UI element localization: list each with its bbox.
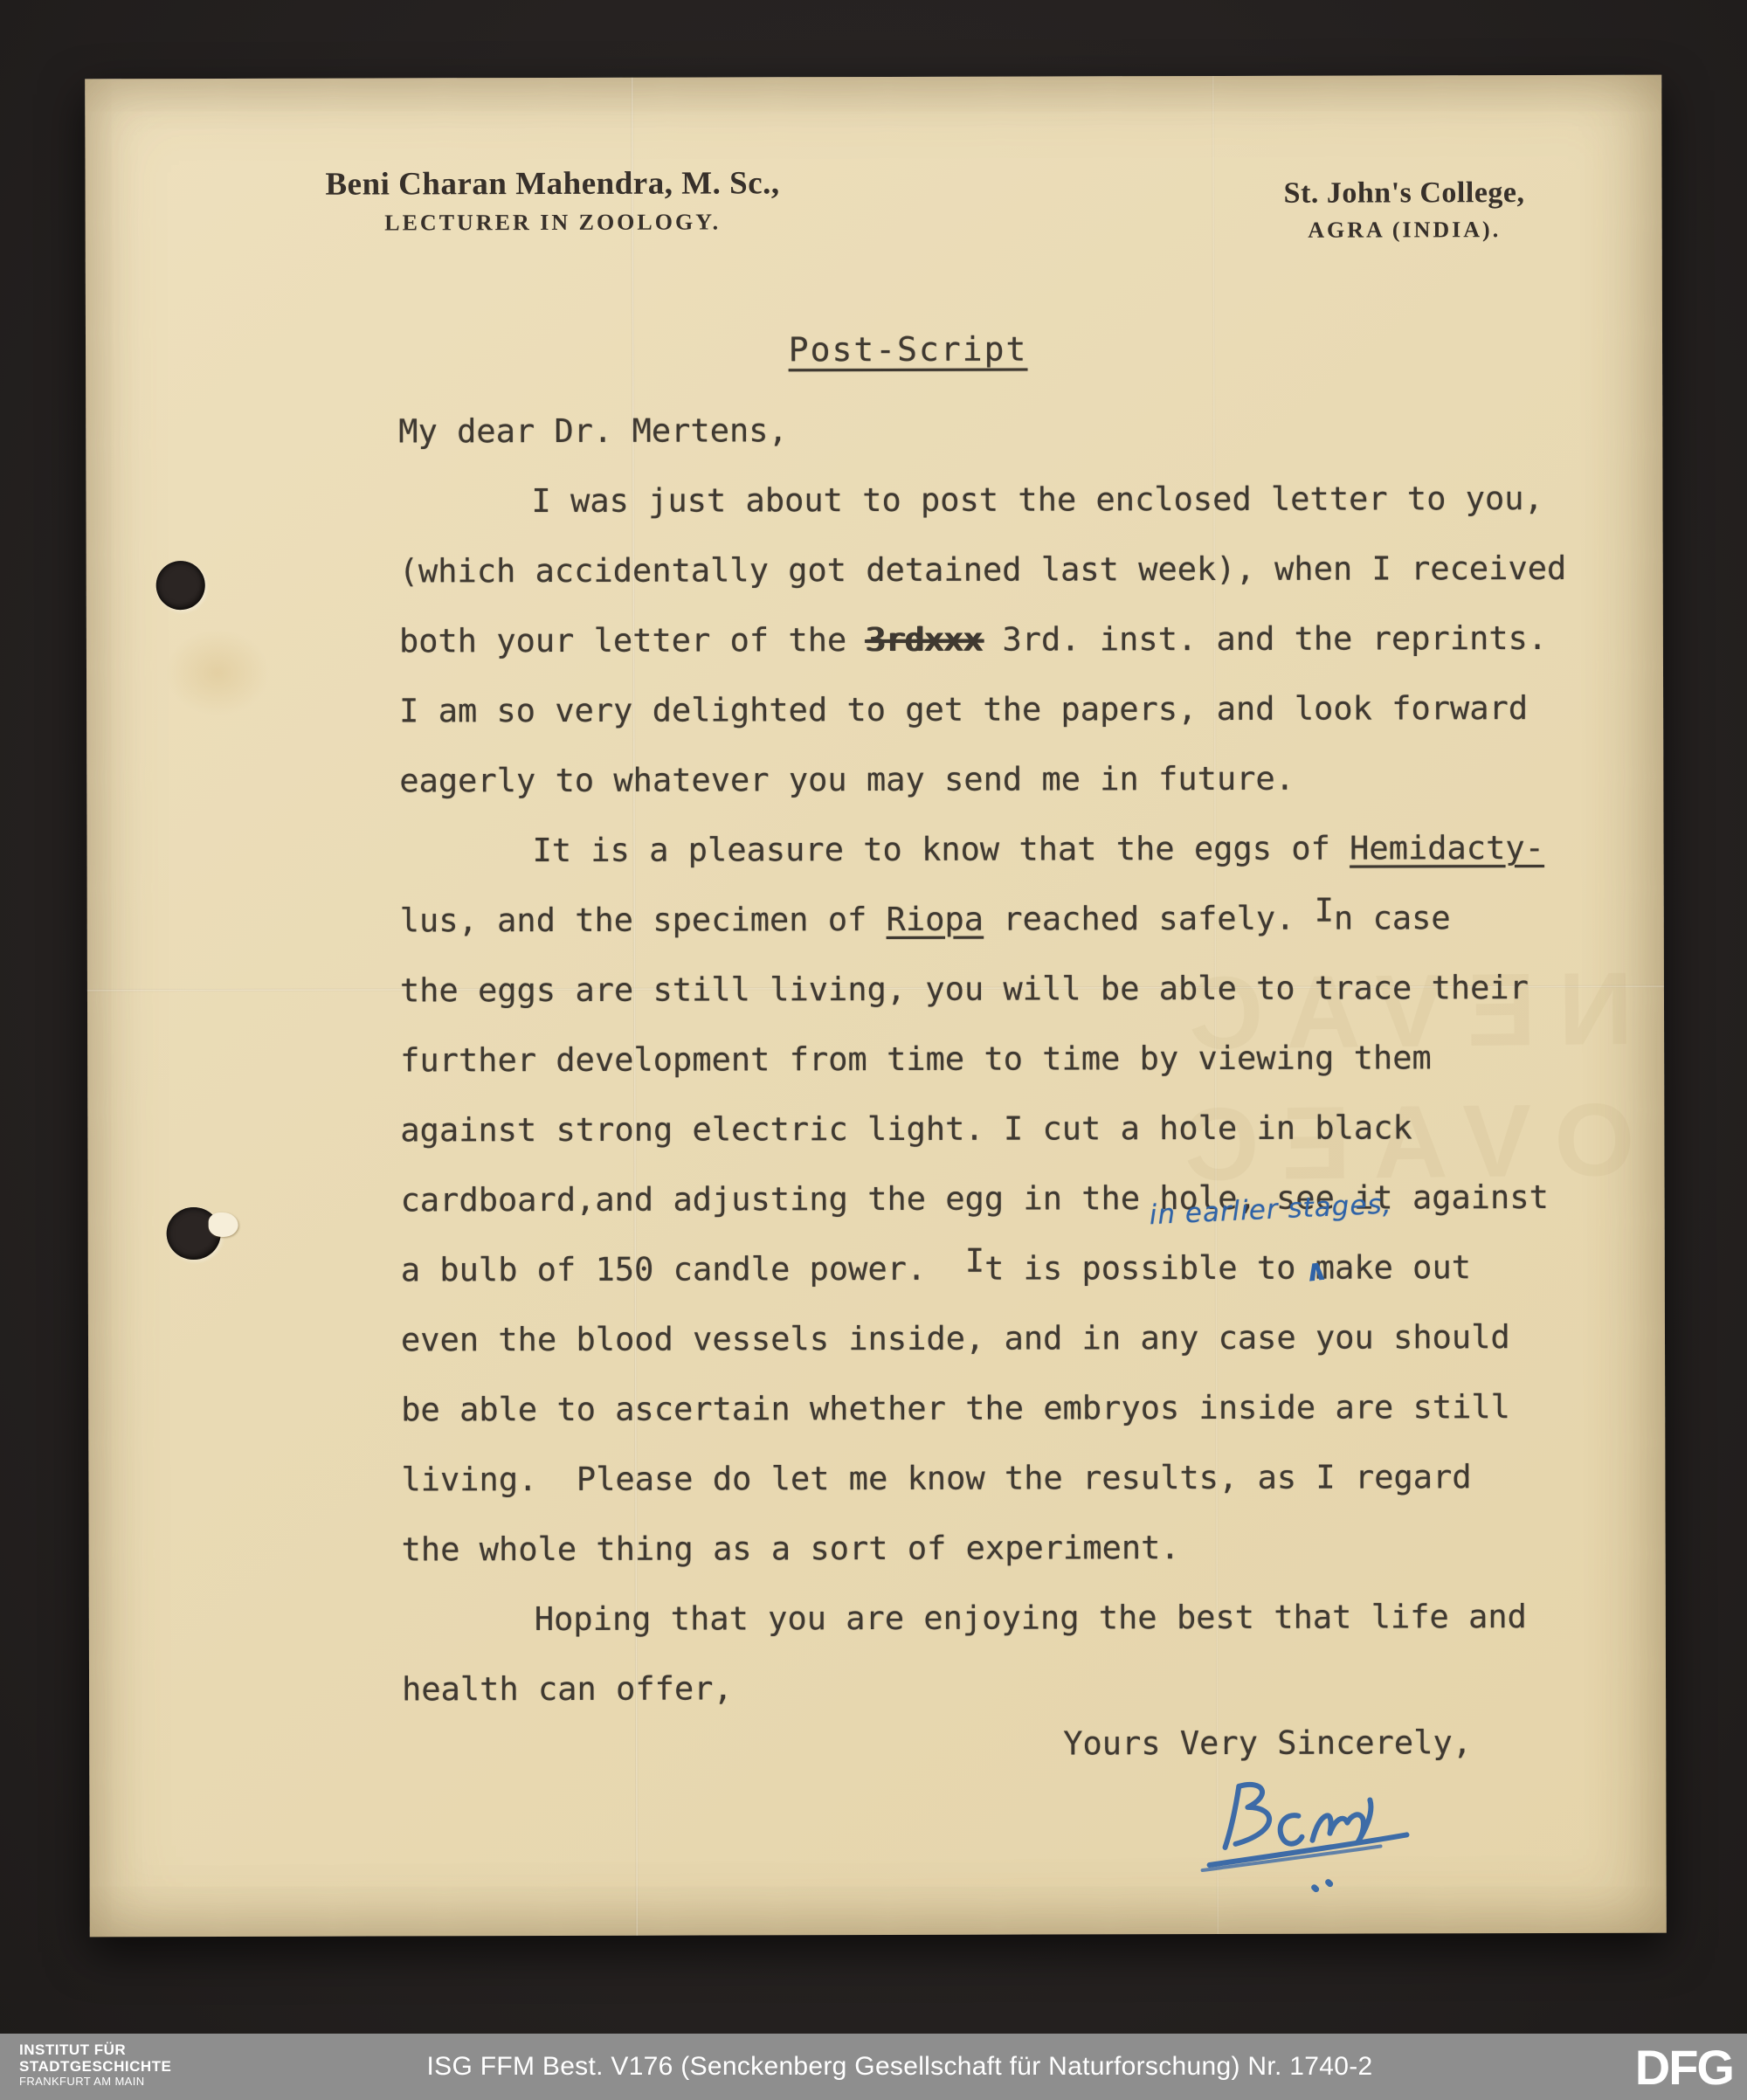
letter-line: the eggs are still living, you will be a… xyxy=(400,956,1693,1029)
letter-line: further development from time to time by… xyxy=(400,1026,1693,1099)
letter-line: It is a pleasure to know that the eggs o… xyxy=(399,816,1692,889)
letter-line: a bulb of 150 candle power. It is possib… xyxy=(401,1235,1694,1309)
archive-reference-label: ISG FFM Best. V176 (Senckenberg Gesellsc… xyxy=(375,2052,1373,2082)
letter-line: My dear Dr. Mertens, xyxy=(398,397,1691,470)
handwritten-signature xyxy=(1118,1773,1415,1914)
insertion-caret-mark: ∧ xyxy=(1302,1252,1330,1289)
letter-heading-text: Post-Script xyxy=(789,330,1028,370)
letter-line: eagerly to whatever you may send me in f… xyxy=(399,746,1692,819)
institute-line: INSTITUT FÜR xyxy=(19,2041,171,2058)
letter-line: Hoping that you are enjoying the best th… xyxy=(402,1585,1695,1658)
letter-line: even the blood vessels inside, and in an… xyxy=(401,1305,1694,1378)
letter-line: be able to ascertain whether the embryos… xyxy=(401,1375,1694,1448)
letter-line: lus, and the specimen of Riopa reached s… xyxy=(400,886,1693,959)
letter-line: living. Please do let me know the result… xyxy=(401,1445,1694,1518)
sender-name: Beni Charan Mahendra, M. Sc., xyxy=(216,164,888,204)
letter-closing: Yours Very Sincerely, xyxy=(1063,1724,1472,1762)
letter-line: against strong electric light. I cut a h… xyxy=(400,1095,1693,1169)
letterhead-sender: Beni Charan Mahendra, M. Sc., LECTURER I… xyxy=(216,164,888,237)
letter-line: the whole thing as a sort of experiment. xyxy=(402,1515,1695,1588)
institution-location: AGRA (INDIA). xyxy=(1247,217,1562,244)
institute-line: STADTGESCHICHTE xyxy=(19,2058,171,2075)
scanned-letter-page: NEVAC OVAEC Beni Charan Mahendra, M. Sc.… xyxy=(0,0,1747,2100)
letter-line: both your letter of the 3rdxxx 3rd. inst… xyxy=(399,606,1692,680)
letter-heading: Post-Script xyxy=(154,328,1662,371)
sender-title: LECTURER IN ZOOLOGY. xyxy=(217,209,889,237)
dfg-logo: DFG xyxy=(1635,2039,1733,2096)
paper-stain xyxy=(165,629,270,716)
letter-line: (which accidentally got detained last we… xyxy=(399,536,1692,610)
letter-body: My dear Dr. Mertens,I was just about to … xyxy=(398,397,1695,1728)
archive-footer-bar: INSTITUT FÜR STADTGESCHICHTE FRANKFURT A… xyxy=(0,2034,1747,2100)
letterhead-institution: St. John's College, AGRA (INDIA). xyxy=(1247,176,1562,244)
institute-logo-text: INSTITUT FÜR STADTGESCHICHTE FRANKFURT A… xyxy=(19,2041,171,2089)
institute-line: FRANKFURT AM MAIN xyxy=(19,2075,171,2089)
letter-line: I was just about to post the enclosed le… xyxy=(398,466,1691,540)
institution-name: St. John's College, xyxy=(1247,176,1562,211)
signature-ink-strokes xyxy=(1118,1773,1415,1914)
letter-paper-sheet: NEVAC OVAEC Beni Charan Mahendra, M. Sc.… xyxy=(85,75,1667,1938)
punch-hole-top xyxy=(156,561,205,610)
punch-hole-bottom xyxy=(167,1207,221,1260)
scan-background-gap xyxy=(0,1935,1747,2034)
letter-line: health can offer, xyxy=(402,1654,1695,1728)
letter-line: cardboard,and adjusting the egg in the h… xyxy=(400,1165,1693,1239)
letter-line: I am so very delighted to get the papers… xyxy=(399,676,1692,750)
